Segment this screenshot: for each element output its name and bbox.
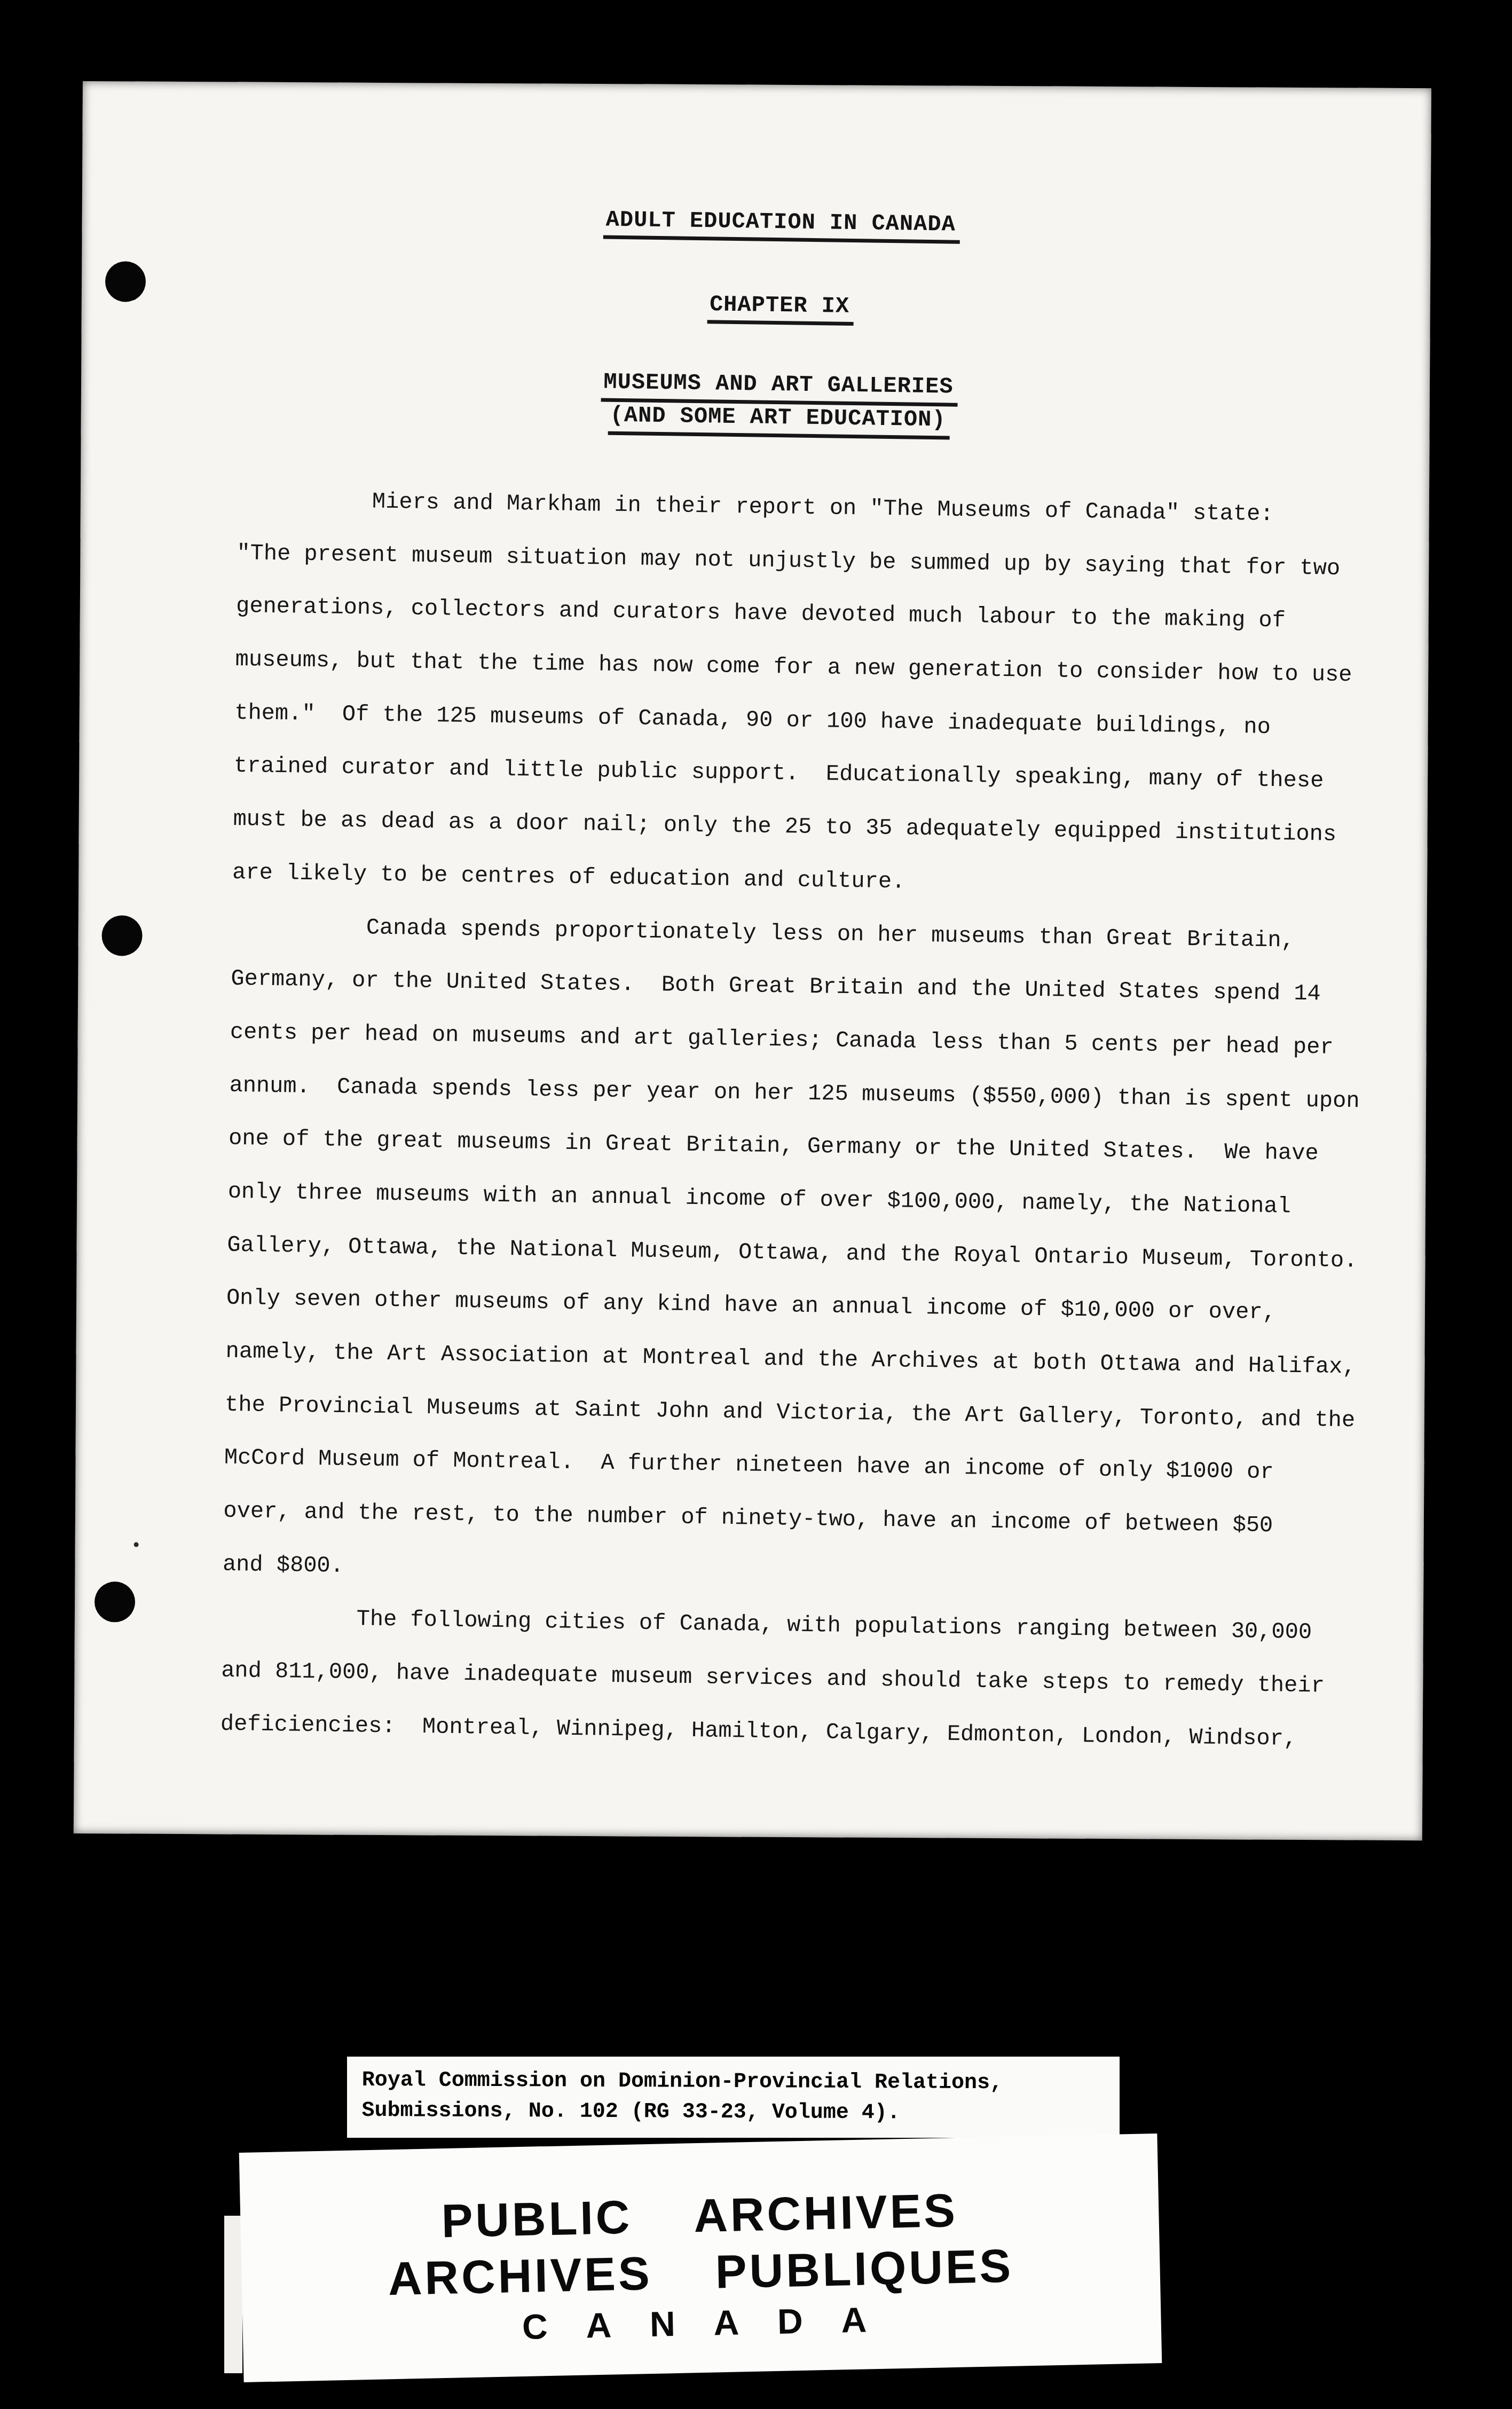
- stamp-line2: ARCHIVES PUBLIQUES: [388, 2242, 1014, 2303]
- section-heading-line1: MUSEUMS AND ART GALLERIES: [601, 368, 958, 406]
- chapter-heading-text: CHAPTER IX: [707, 292, 854, 326]
- archive-reference-label: Royal Commission on Dominion-Provincial …: [347, 2057, 1120, 2138]
- stamp-line1: PUBLIC ARCHIVES: [441, 2187, 958, 2245]
- document-title: ADULT EDUCATION IN CANADA: [85, 200, 1479, 251]
- page-headers: ADULT EDUCATION IN CANADA CHAPTER IX MUS…: [87, 78, 1480, 97]
- document-title-text: ADULT EDUCATION IN CANADA: [603, 207, 960, 244]
- archive-reference-text: Royal Commission on Dominion-Provincial …: [362, 2065, 1003, 2129]
- document-page: ADULT EDUCATION IN CANADA CHAPTER IX MUS…: [74, 81, 1431, 1840]
- stamp-line3: C A N A D A: [522, 2302, 882, 2344]
- section-heading: MUSEUMS AND ART GALLERIES (AND SOME ART …: [82, 361, 1476, 447]
- body-text: Miers and Markham in their report on "Th…: [220, 474, 1434, 1768]
- archive-reference-line2: Submissions, No. 102 (RG 33-23, Volume 4…: [362, 2099, 900, 2125]
- scanned-archive-photo: { "document": { "headers": [ "ADULT EDUC…: [0, 0, 1512, 2409]
- page-edge-sliver: [224, 2216, 242, 2373]
- archive-reference-line1: Royal Commission on Dominion-Provincial …: [362, 2068, 1003, 2095]
- public-archives-stamp: PUBLIC ARCHIVES ARCHIVES PUBLIQUES C A N…: [239, 2134, 1162, 2382]
- section-heading-line2: (AND SOME ART EDUCATION): [608, 402, 950, 440]
- typed-content: ADULT EDUCATION IN CANADA CHAPTER IX MUS…: [62, 78, 1436, 1849]
- chapter-heading: CHAPTER IX: [84, 283, 1478, 334]
